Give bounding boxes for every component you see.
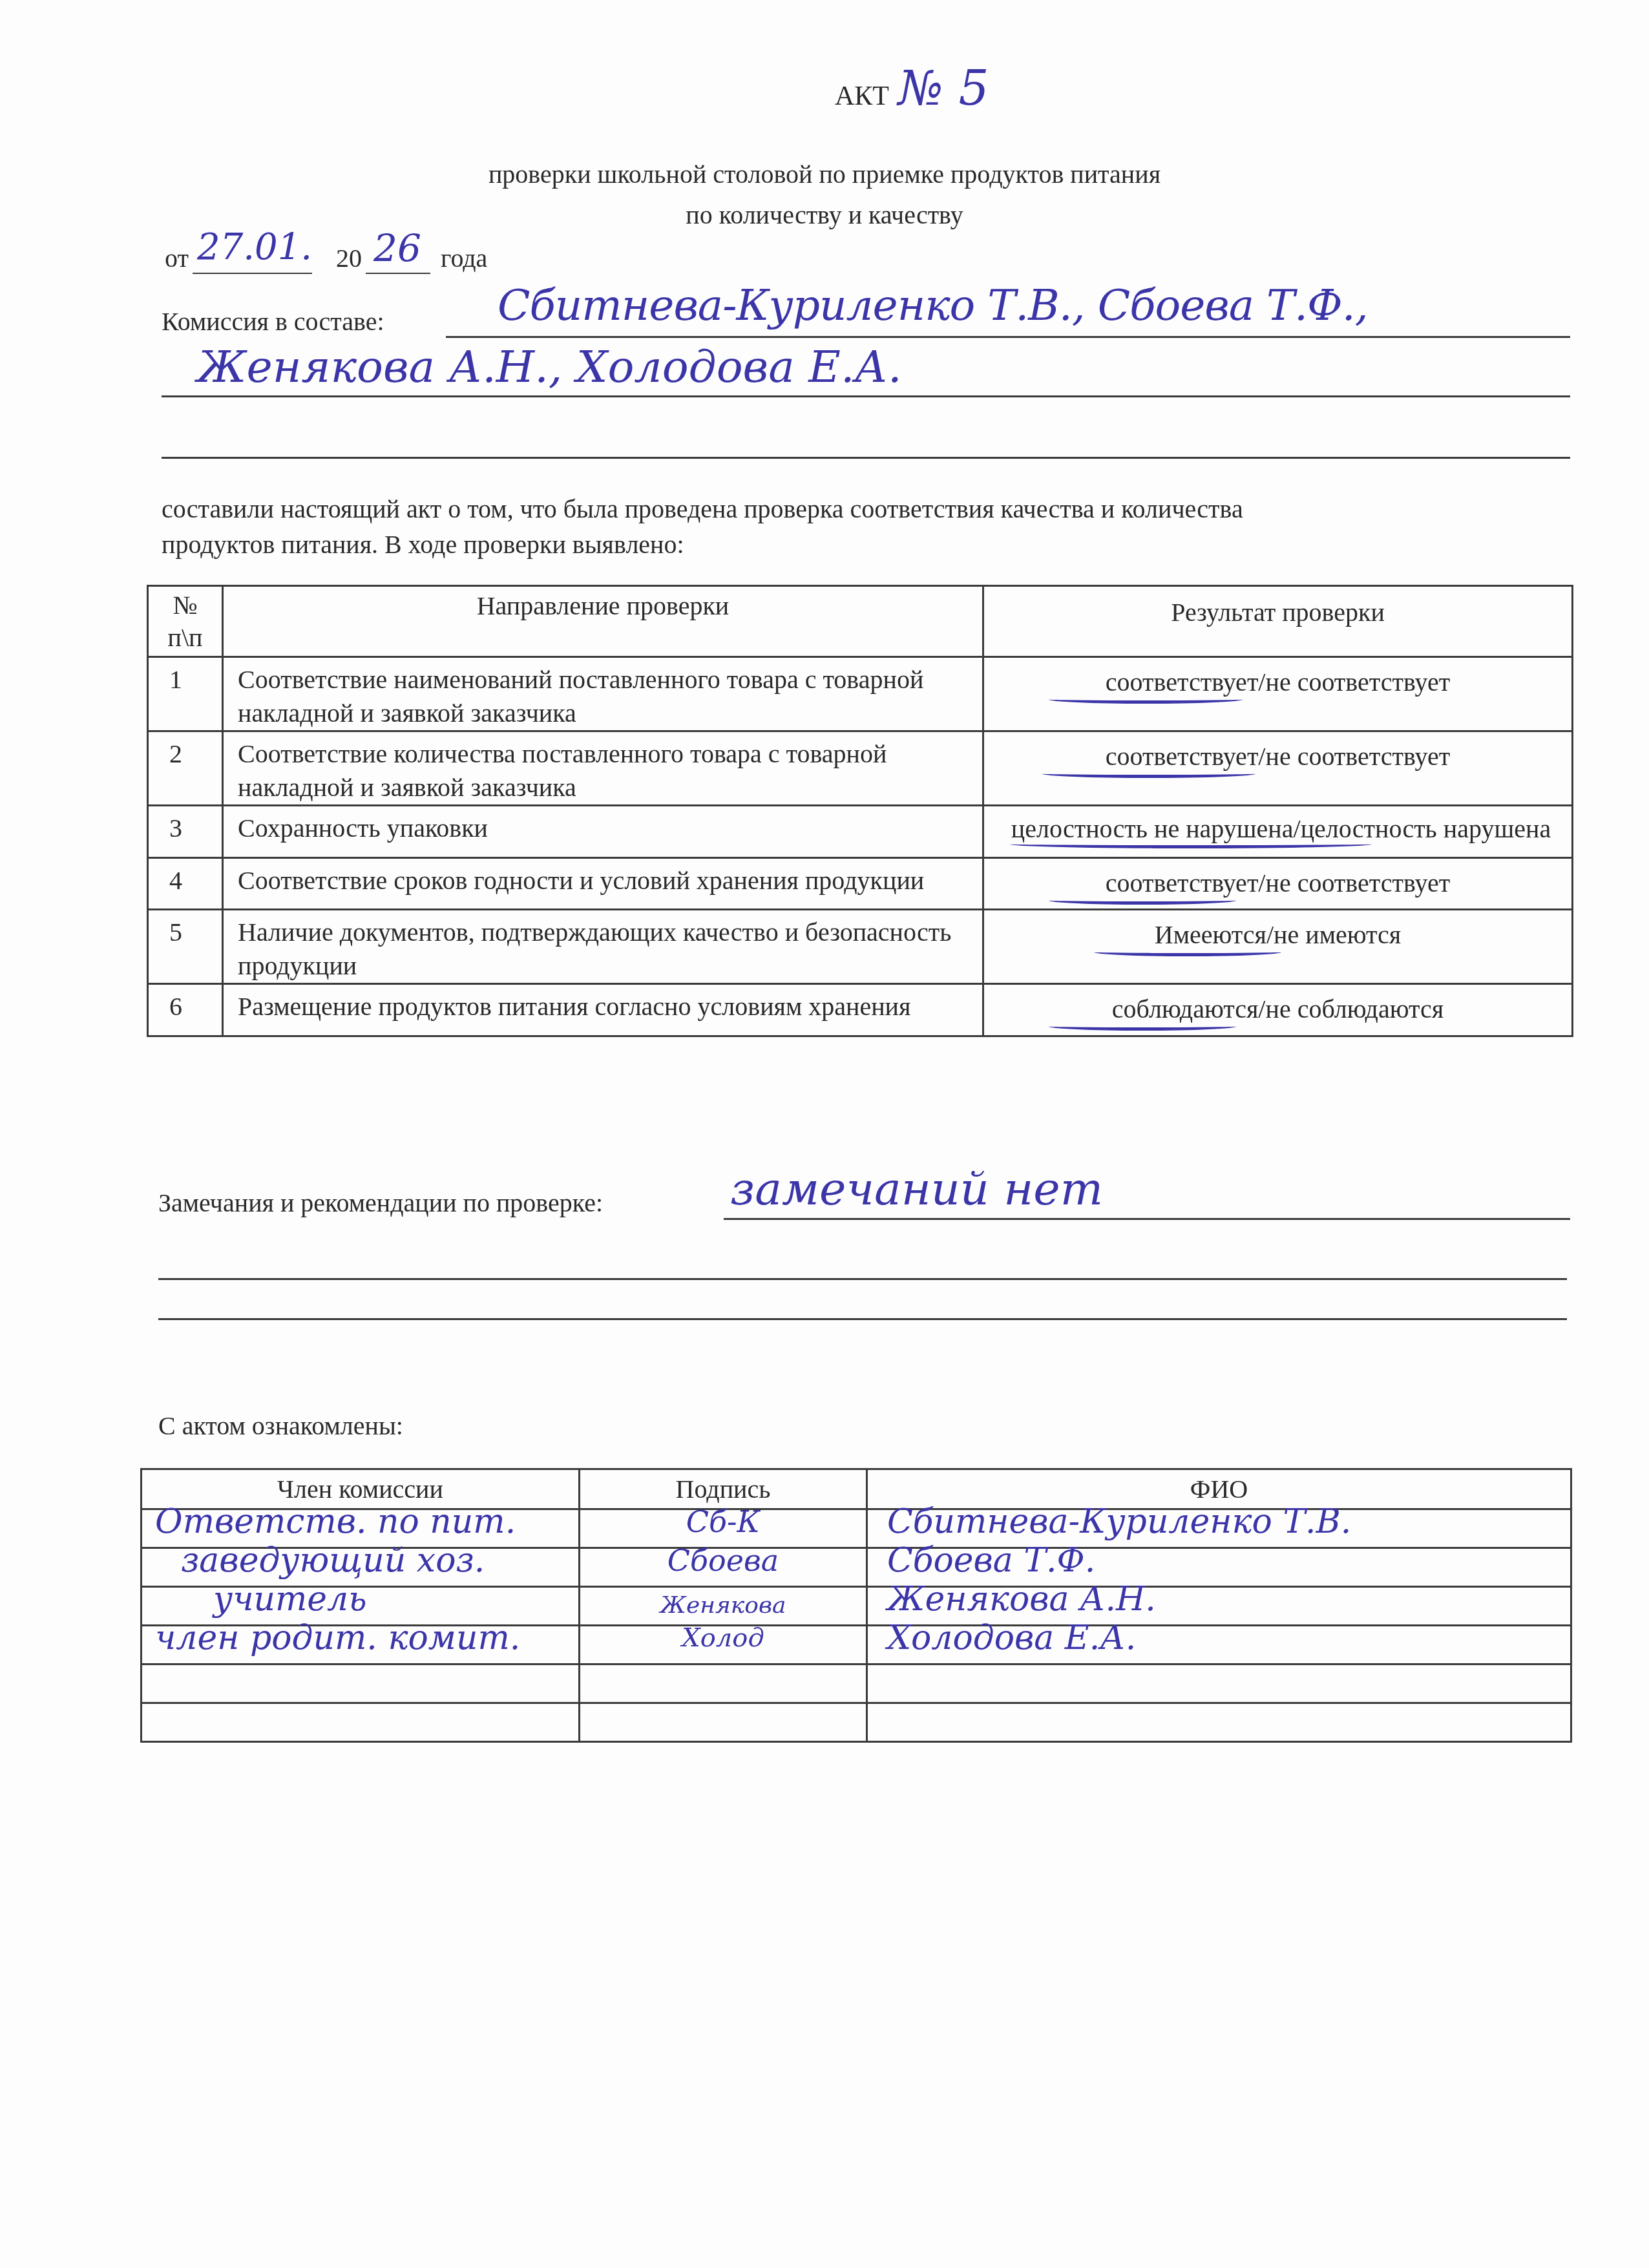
selected-underline [1042, 770, 1255, 778]
name-cell[interactable] [867, 1703, 1571, 1742]
row-direction: Соответствие количества поставленного то… [223, 731, 983, 806]
header-direction: Направление проверки [223, 586, 983, 657]
table-row: 1 Соответствие наименований поставленног… [148, 657, 1573, 731]
row-direction: Размещение продуктов питания согласно ус… [223, 984, 983, 1036]
member-role: заведующий хоз. [142, 1542, 578, 1579]
date-suffix: года [441, 246, 487, 271]
row-num: 1 [148, 657, 223, 731]
signature-scribble: Сбоева [580, 1542, 866, 1579]
selected-underline [1049, 695, 1243, 704]
intro-line2: продуктов питания. В ходе проверки выявл… [162, 532, 684, 558]
table-row: 3 Сохранность упаковки целостность не на… [148, 806, 1573, 858]
commission-line-1 [446, 336, 1570, 338]
member-role-cell[interactable]: член родит. комит. [142, 1626, 580, 1664]
date-day-underline [193, 273, 312, 274]
member-role-cell[interactable] [142, 1703, 580, 1742]
remarks-label: Замечания и рекомендации по проверке: [158, 1190, 603, 1216]
commission-line-3 [162, 457, 1570, 459]
signature-cell[interactable] [580, 1703, 867, 1742]
row-result[interactable]: соответствует/не соответствует [983, 858, 1573, 910]
act-title: АКТ [835, 83, 889, 110]
check-table: № п\п Направление проверки Результат про… [147, 585, 1573, 1037]
table-row [142, 1703, 1571, 1742]
row-result[interactable]: Имееются/не имеются [983, 910, 1573, 984]
member-name: Сбоева Т.Ф. [868, 1542, 1570, 1579]
row-num: 2 [148, 731, 223, 806]
date-year-field[interactable]: 26 [373, 229, 421, 267]
result-options: соответствует/не соответствует [1106, 667, 1450, 697]
row-num: 4 [148, 858, 223, 910]
result-options: Имееются/не имеются [1155, 920, 1401, 949]
member-role: учитель [142, 1581, 578, 1617]
table-row: 4 Соответствие сроков годности и условий… [148, 858, 1573, 910]
remarks-line-3 [158, 1318, 1567, 1320]
member-name: Холодова Е.А. [868, 1620, 1570, 1656]
result-options: целостность не нарушена/целостность нару… [1011, 814, 1551, 843]
check-table-header: № п\п Направление проверки Результат про… [148, 586, 1573, 657]
row-result[interactable]: целостность не нарушена/целостность нару… [983, 806, 1573, 858]
row-num: 3 [148, 806, 223, 858]
date-century: 20 [336, 246, 362, 271]
remarks-line-2 [158, 1278, 1567, 1280]
row-direction: Соответствие сроков годности и условий х… [223, 858, 983, 910]
header-result: Результат проверки [983, 586, 1573, 657]
date-year-underline [366, 273, 430, 274]
signature-table: Член комиссии Подпись ФИО Ответств. по п… [140, 1468, 1572, 1743]
signature-cell[interactable] [580, 1664, 867, 1703]
selected-underline [1049, 896, 1236, 905]
result-options: соответствует/не соответствует [1106, 868, 1450, 898]
commission-members-line2[interactable]: Женякова А.Н., Холодова Е.А. [197, 346, 902, 390]
table-row [142, 1664, 1571, 1703]
date-prefix: от [165, 246, 189, 271]
name-cell[interactable] [867, 1664, 1571, 1703]
commission-label: Комиссия в составе: [162, 309, 384, 335]
signature-scribble: Женякова [580, 1588, 866, 1624]
table-row: 2 Соответствие количества поставленного … [148, 731, 1573, 806]
remarks-field[interactable]: замечаний нет [730, 1166, 1103, 1212]
row-result[interactable]: соответствует/не соответствует [983, 731, 1573, 806]
act-subtitle-line1: проверки школьной столовой по приемке пр… [0, 162, 1649, 187]
remarks-line-1 [724, 1218, 1570, 1220]
result-options: соответствует/не соответствует [1106, 742, 1450, 771]
date-day-month-field[interactable]: 27.01. [197, 229, 312, 266]
table-row: член родит. комит. Холод Холодова Е.А. [142, 1626, 1571, 1664]
selected-underline [1049, 1022, 1236, 1031]
member-role: Ответств. по пит. [142, 1504, 578, 1540]
member-role: член родит. комит. [142, 1620, 578, 1656]
row-direction: Наличие документов, подтверждающих качес… [223, 910, 983, 984]
table-row: 5 Наличие документов, подтверждающих кач… [148, 910, 1573, 984]
act-subtitle-line2: по количеству и качеству [0, 202, 1649, 228]
member-role-cell[interactable] [142, 1664, 580, 1703]
signature-cell[interactable]: Холод [580, 1626, 867, 1664]
intro-line1: составили настоящий акт о том, что была … [162, 496, 1243, 522]
name-cell[interactable]: Холодова Е.А. [867, 1626, 1571, 1664]
signature-cell[interactable]: Сбоева [580, 1548, 867, 1587]
member-name: Сбитнева-Куриленко Т.В. [868, 1504, 1570, 1540]
row-num: 6 [148, 984, 223, 1036]
member-name: Женякова А.Н. [868, 1581, 1570, 1617]
signature-scribble: Холод [580, 1620, 866, 1656]
row-result[interactable]: соблюдаются/не соблюдаются [983, 984, 1573, 1036]
act-number-handwritten: № 5 [898, 65, 989, 112]
row-num: 5 [148, 910, 223, 984]
selected-underline [1010, 840, 1372, 848]
header-num: № п\п [148, 586, 223, 657]
signature-scribble: Сб-К [580, 1504, 866, 1540]
commission-line-2 [162, 395, 1570, 397]
row-direction: Сохранность упаковки [223, 806, 983, 858]
acquainted-label: С актом ознакомлены: [158, 1413, 403, 1439]
row-result[interactable]: соответствует/не соответствует [983, 657, 1573, 731]
table-row: 6 Размещение продуктов питания согласно … [148, 984, 1573, 1036]
result-options: соблюдаются/не соблюдаются [1112, 994, 1444, 1024]
selected-underline [1094, 948, 1281, 956]
commission-members-line1[interactable]: Сбитнева-Куриленко Т.В., Сбоева Т.Ф., [498, 284, 1368, 327]
row-direction: Соответствие наименований поставленного … [223, 657, 983, 731]
